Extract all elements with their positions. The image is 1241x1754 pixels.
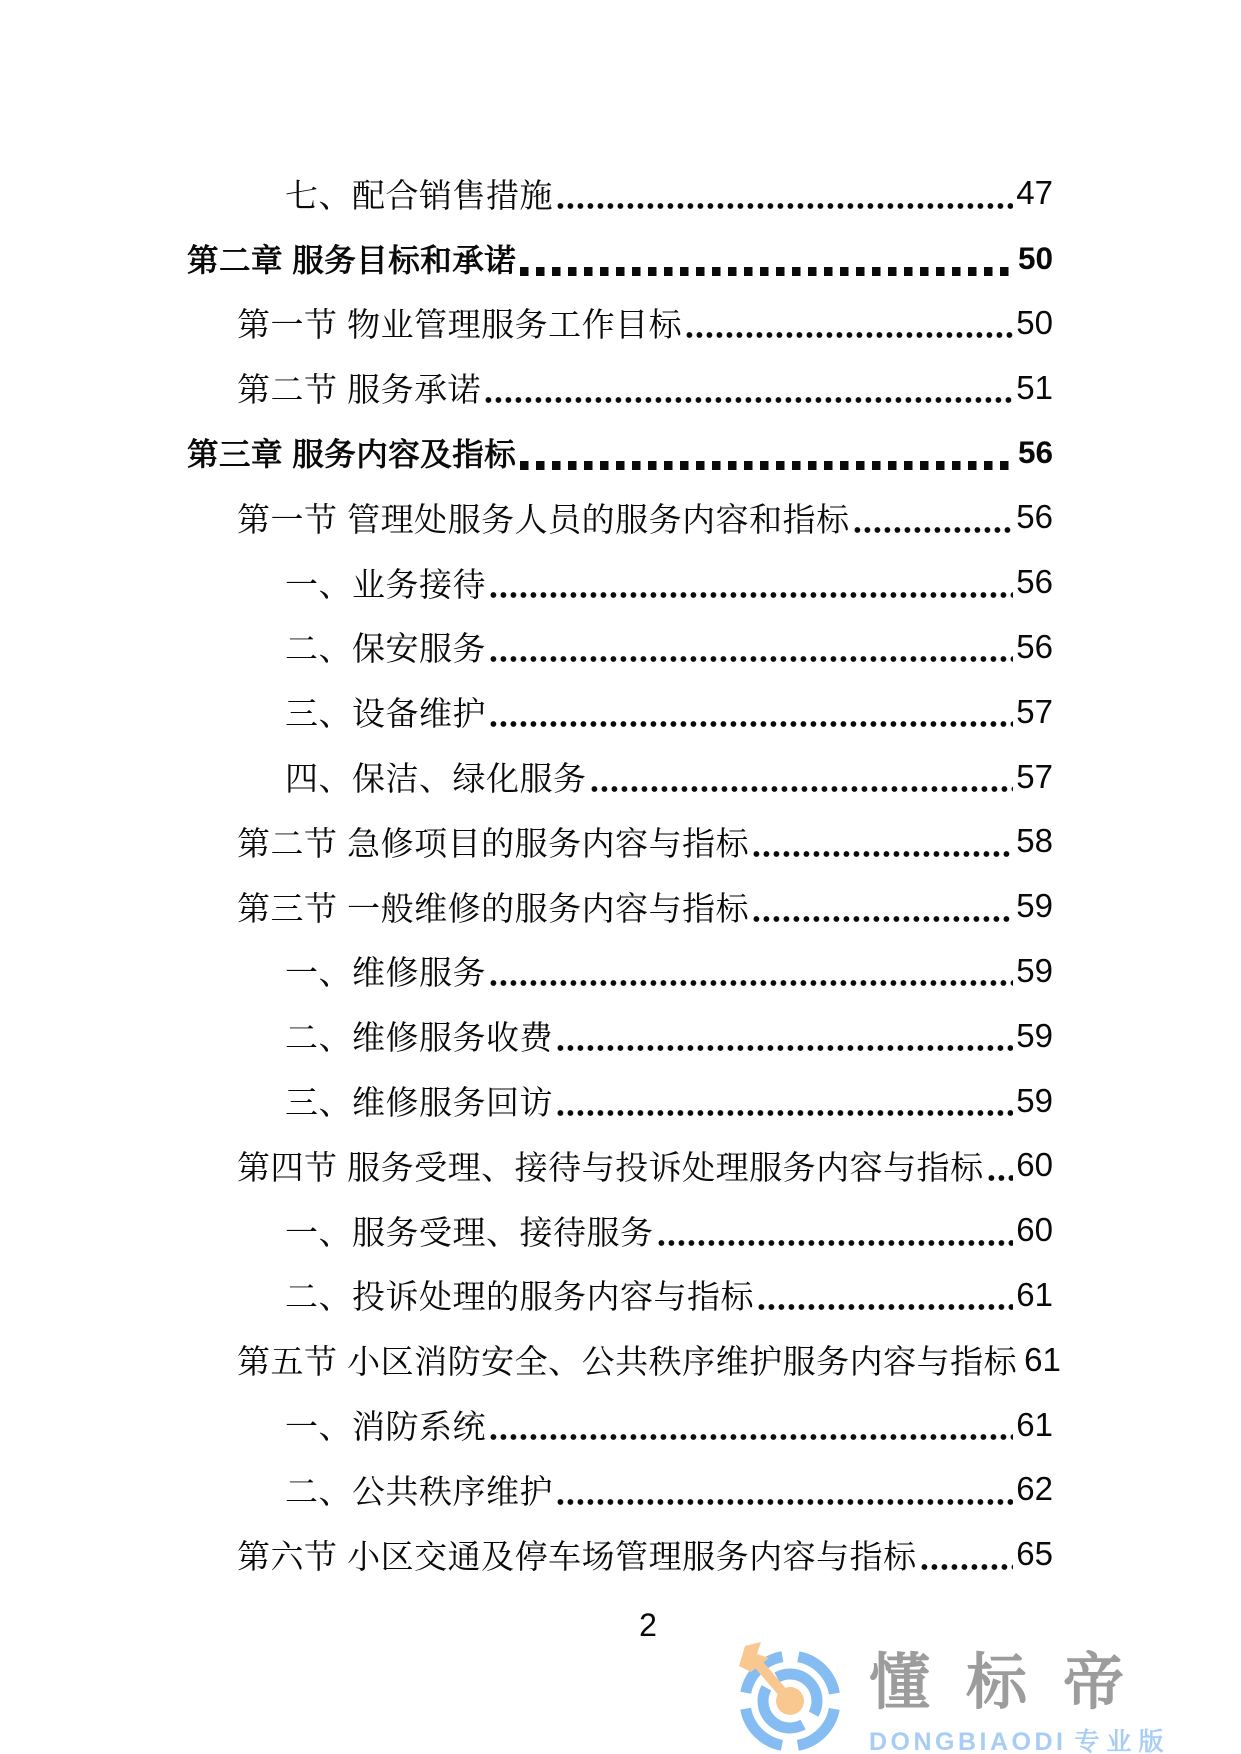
watermark-logo: 懂标帝 DONGBIAODI专业版	[731, 1640, 1171, 1754]
toc-leader-dots	[490, 1433, 1013, 1441]
toc-entry-page: 47	[1016, 174, 1053, 212]
toc-entry-title: 第二节 服务承诺	[237, 364, 481, 411]
toc-entry-title: 一、业务接待	[285, 559, 486, 606]
toc-entry-title: 第二节 急修项目的服务内容与指标	[237, 818, 749, 865]
toc-leader-dots	[854, 526, 1014, 534]
toc-entry-page: 56	[1016, 628, 1053, 666]
toc-entry-title: 一、维修服务	[285, 947, 486, 994]
toc-entry[interactable]: 二、投诉处理的服务内容与指标 61	[0, 1263, 1241, 1328]
toc-entry[interactable]: 四、保洁、绿化服务 57	[0, 744, 1241, 809]
toc-entry-title: 第三章 服务内容及指标	[187, 430, 516, 475]
toc-entry-title: 三、维修服务回访	[285, 1077, 553, 1124]
toc-leader-dots	[753, 915, 1013, 923]
toc-entry-page: 60	[1016, 1211, 1053, 1249]
watermark-brand-suffix: 专业版	[1075, 1728, 1171, 1754]
bullseye-dart-icon	[731, 1640, 845, 1754]
toc-leader-dots	[557, 1498, 1013, 1506]
toc-entry[interactable]: 七、配合销售措施 47	[0, 161, 1241, 226]
toc-entry-title: 第一节 物业管理服务工作目标	[237, 299, 682, 346]
toc-entry-title: 二、公共秩序维护	[285, 1466, 553, 1513]
toc-entry-page: 58	[1016, 822, 1053, 860]
toc-entry[interactable]: 第二章 服务目标和承诺 50	[0, 226, 1241, 291]
toc-entry-page: 61	[1016, 1276, 1053, 1314]
watermark-brand-en: DONGBIAODI专业版	[869, 1722, 1171, 1754]
toc-entry-title: 第六节 小区交通及停车场管理服务内容与指标	[237, 1531, 917, 1578]
toc-entry-page: 56	[1018, 434, 1053, 471]
toc-entry-page: 50	[1016, 304, 1053, 342]
toc-entry-page: 60	[1016, 1146, 1053, 1184]
toc-entry[interactable]: 三、设备维护 57	[0, 679, 1241, 744]
toc-leader-dots	[490, 655, 1013, 663]
toc-entry[interactable]: 二、公共秩序维护 62	[0, 1457, 1241, 1522]
toc-entry[interactable]: 第六节 小区交通及停车场管理服务内容与指标 65	[0, 1522, 1241, 1587]
toc-entry-page: 59	[1016, 887, 1053, 925]
toc-entry[interactable]: 二、维修服务收费 59	[0, 1003, 1241, 1068]
toc-leader-dots	[490, 720, 1013, 728]
toc-entry-title: 三、设备维护	[285, 688, 486, 735]
toc-entry-title: 一、服务受理、接待服务	[285, 1207, 654, 1254]
toc-entry-page: 59	[1016, 1017, 1053, 1055]
toc-entry-page: 56	[1016, 563, 1053, 601]
toc-leader-dots	[753, 850, 1013, 858]
toc-entry[interactable]: 第四节 服务受理、接待与投诉处理服务内容与指标 60	[0, 1133, 1241, 1198]
watermark-brand-latin: DONGBIAODI	[869, 1728, 1067, 1754]
watermark-text: 懂标帝 DONGBIAODI专业版	[869, 1652, 1171, 1754]
toc-entry[interactable]: 一、业务接待 56	[0, 550, 1241, 615]
toc-leader-dots	[591, 785, 1014, 793]
toc-entry-title: 二、投诉处理的服务内容与指标	[285, 1271, 754, 1318]
toc-entry[interactable]: 第二节 急修项目的服务内容与指标 58	[0, 809, 1241, 874]
toc-leader-dots	[557, 1044, 1013, 1052]
toc-leader-dots	[658, 1239, 1014, 1247]
toc-entry[interactable]: 一、维修服务 59	[0, 939, 1241, 1004]
toc-entry-title: 第一节 管理处服务人员的服务内容和指标	[237, 494, 850, 541]
page-number: 2	[348, 1607, 948, 1644]
toc-entry-page: 59	[1016, 1082, 1053, 1120]
toc-entry-title: 第三节 一般维修的服务内容与指标	[237, 883, 749, 930]
toc-leader-dots	[686, 331, 1013, 339]
toc-entry-title: 第四节 服务受理、接待与投诉处理服务内容与指标	[237, 1142, 984, 1189]
toc-entry[interactable]: 三、维修服务回访 59	[0, 1068, 1241, 1133]
toc-entry[interactable]: 二、保安服务 56	[0, 615, 1241, 680]
toc-entry-title: 二、维修服务收费	[285, 1012, 553, 1059]
toc-entry-page: 59	[1016, 952, 1053, 990]
toc-entry[interactable]: 一、消防系统 61	[0, 1392, 1241, 1457]
toc-leader-dots	[921, 1563, 1014, 1571]
toc-entry-page: 57	[1016, 758, 1053, 796]
toc-entry-title: 七、配合销售措施	[285, 170, 553, 217]
toc-leader-dots	[557, 202, 1013, 210]
toc-entry-page: 57	[1016, 693, 1053, 731]
toc-entry[interactable]: 第三节 一般维修的服务内容与指标 59	[0, 874, 1241, 939]
toc-entry[interactable]: 一、服务受理、接待服务 60	[0, 1198, 1241, 1263]
toc-leader-dots	[520, 461, 1015, 470]
toc-entry-title: 第五节 小区消防安全、公共秩序维护服务内容与指标	[237, 1336, 1017, 1383]
toc-entry-page: 61	[1024, 1341, 1061, 1379]
toc-entry[interactable]: 第一节 管理处服务人员的服务内容和指标 56	[0, 485, 1241, 550]
table-of-contents: 七、配合销售措施 47 第二章 服务目标和承诺 50 第一节 物业管理服务工作目…	[0, 161, 1241, 1587]
toc-entry[interactable]: 第三章 服务内容及指标 56	[0, 420, 1241, 485]
toc-entry-title: 一、消防系统	[285, 1401, 486, 1448]
toc-entry-page: 61	[1016, 1406, 1053, 1444]
toc-entry-page: 51	[1016, 369, 1053, 407]
toc-entry-page: 65	[1016, 1535, 1053, 1573]
toc-entry-page: 56	[1016, 498, 1053, 536]
toc-entry-title: 四、保洁、绿化服务	[285, 753, 587, 800]
toc-leader-dots	[490, 591, 1013, 599]
toc-entry-title: 二、保安服务	[285, 623, 486, 670]
toc-leader-dots	[485, 396, 1013, 404]
toc-leader-dots	[988, 1174, 1014, 1182]
toc-entry-title: 第二章 服务目标和承诺	[187, 236, 516, 281]
toc-leader-dots	[490, 979, 1013, 987]
toc-leader-dots	[758, 1303, 1013, 1311]
toc-entry[interactable]: 第五节 小区消防安全、公共秩序维护服务内容与指标 61	[0, 1327, 1241, 1392]
toc-leader-dots	[557, 1109, 1013, 1117]
toc-entry[interactable]: 第二节 服务承诺 51	[0, 355, 1241, 420]
toc-entry-page: 62	[1016, 1470, 1053, 1508]
toc-leader-dots	[520, 267, 1015, 276]
watermark-brand-cn: 懂标帝	[869, 1652, 1171, 1713]
toc-entry[interactable]: 第一节 物业管理服务工作目标 50	[0, 291, 1241, 356]
toc-entry-page: 50	[1018, 240, 1053, 277]
